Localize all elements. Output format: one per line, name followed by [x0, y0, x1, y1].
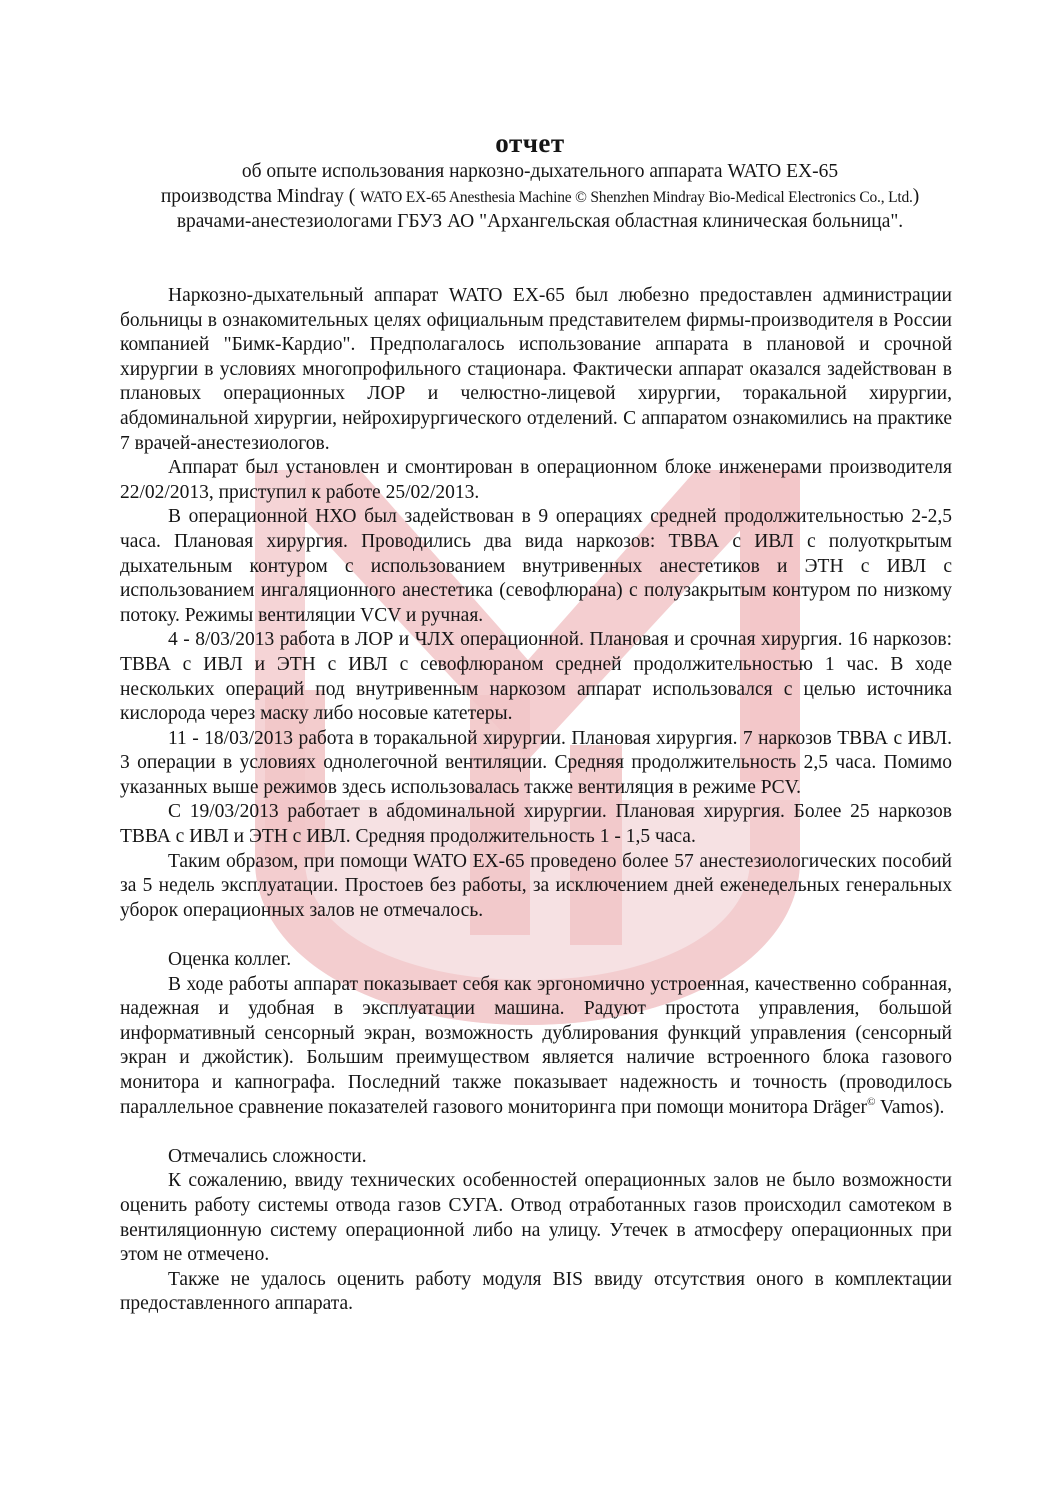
- document-body: Наркозно-дыхательный аппарат WATO EX-65 …: [120, 284, 952, 1317]
- subtitle-line-2-prefix: производства Mindray (: [161, 186, 360, 207]
- paragraph-abdominal: С 19/03/2013 работает в абдоминальной хи…: [120, 800, 952, 849]
- difficulties-heading: Отмечались сложности.: [120, 1145, 952, 1170]
- colleagues-text: В ходе работы аппарат показывает себя ка…: [120, 974, 952, 1118]
- subtitle-line-1: об опыте использования наркозно-дыхатель…: [100, 160, 980, 185]
- section-gap: [120, 1120, 952, 1145]
- paragraph-ent: 4 - 8/03/2013 работа в ЛОР и ЧЛХ операци…: [120, 628, 952, 726]
- paragraph-neurosurgery: В операционной НХО был задействован в 9 …: [120, 505, 952, 628]
- paragraph-installation: Аппарат был установлен и смонтирован в о…: [120, 456, 952, 505]
- subtitle-line-2-suffix: ): [913, 186, 920, 207]
- paragraph-thoracic: 11 - 18/03/2013 работа в торакальной хир…: [120, 727, 952, 801]
- paragraph-intro: Наркозно-дыхательный аппарат WATO EX-65 …: [120, 284, 952, 456]
- document-title: отчет: [0, 128, 1060, 158]
- colleagues-text-end: Vamos).: [875, 1097, 944, 1118]
- subtitle-line-2: производства Mindray ( WATO EX-65 Anesth…: [100, 185, 980, 211]
- paragraph-bis-module: Также не удалось оценить работу модуля B…: [120, 1268, 952, 1317]
- document-page: отчет об опыте использования наркозно-ды…: [0, 0, 1060, 1500]
- section-gap: [120, 923, 952, 948]
- paragraph-summary: Таким образом, при помощи WATO EX-65 про…: [120, 850, 952, 924]
- subtitle-line-3: врачами-анестезиологами ГБУЗ АО "Арханге…: [100, 210, 980, 235]
- document-subtitle: об опыте использования наркозно-дыхатель…: [100, 160, 980, 235]
- colleagues-paragraph: В ходе работы аппарат показывает себя ка…: [120, 973, 952, 1121]
- paragraph-gas-scavenging: К сожалению, ввиду технических особеннос…: [120, 1169, 952, 1267]
- colleagues-heading: Оценка коллег.: [120, 948, 952, 973]
- subtitle-line-2-english: WATO EX-65 Anesthesia Machine © Shenzhen…: [360, 189, 913, 206]
